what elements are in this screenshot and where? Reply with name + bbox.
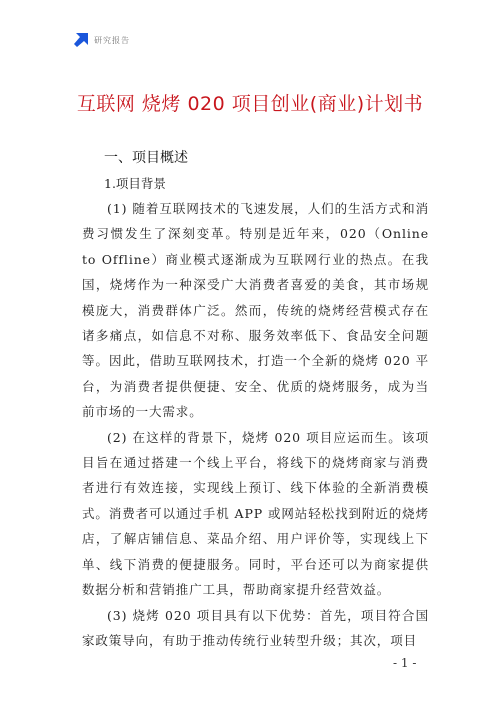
section-heading: 一、项目概述 (104, 146, 429, 171)
document-title: 互联网 烧烤 020 项目创业(商业)计划书 (0, 89, 500, 116)
paragraph: (1) 随着互联网技术的飞速发展，人们的生活方式和消费习惯发生了深刻变革。特别是… (82, 196, 429, 425)
paragraph: (2) 在这样的背景下，烧烤 020 项目应运而生。该项目旨在通过搭建一个线上平… (82, 425, 429, 603)
page-number: - 1 - (393, 656, 416, 670)
header-label: 研究报告 (94, 35, 130, 46)
subsection-heading: 1.项目背景 (104, 171, 429, 196)
paragraph: (3) 烧烤 020 项目具有以下优势：首先，项目符合国家政策导向，有助于推动传… (82, 603, 429, 654)
report-header: 研究报告 (74, 33, 130, 47)
document-body: 一、项目概述 1.项目背景 (1) 随着互联网技术的飞速发展，人们的生活方式和消… (82, 146, 429, 653)
arrow-up-right-icon (74, 33, 88, 47)
